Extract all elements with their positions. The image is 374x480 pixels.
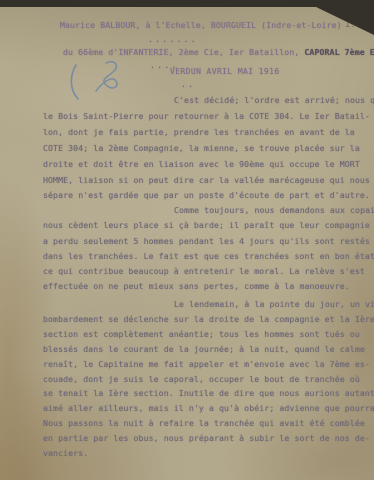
typewritten-line: effectuée on ne peut mieux sans pertes, … [43,279,369,294]
typewritten-line: se tenait la Ière section. Inutile de di… [43,386,369,401]
typewritten-line: le Bois Saint-Pierre pour retourner à la… [43,109,369,125]
typewritten-line: en partie par les obus, nous préparant à… [43,431,369,446]
typewritten-line: lon, dont je fais partie, prendre les tr… [43,125,369,141]
typewritten-line: dans les tranchées. Le fait est que ces … [43,249,369,264]
typewritten-line: sépare n'est gardée que par un poste d'é… [43,188,369,204]
typewritten-line: Le lendemain, à la pointe du jour, un vi… [43,297,369,312]
typewritten-line: Comme toujours, nous demandons aux copai… [43,203,369,218]
scanned-page: Maurice BALBOUR, à l'Echelle, BOURGUEIL … [0,7,374,480]
header-rank-text: CAPORAL 7ème Escouade [304,47,374,57]
typewritten-line: blessés dans le courant de la journée; à… [43,342,369,357]
typewritten-line: droite et doit être en liaison avec le 9… [43,157,369,173]
paragraph-2: Comme toujours, nous demandons aux copai… [43,203,369,295]
typewritten-line: C'est décidé; l'ordre est arrivé; nous q… [43,93,369,109]
typewritten-line: Nous passons la nuit à refaire la tranch… [43,416,369,431]
typewritten-line: renaît, le Capitaine me fait appeler et … [43,357,369,372]
header-separator-dots-3: .. [181,79,195,89]
header-separator-dots-1: ....... [148,34,198,44]
typewritten-line: aimé aller ailleurs, mais il n'y a qu'à … [43,401,369,416]
header-author-line: Maurice BALBOUR, à l'Echelle, BOURGUEIL … [60,20,342,30]
page-number: I. [345,20,356,30]
typewritten-line: couade, dont je suis le caporal, occuper… [43,372,369,387]
typewritten-line: HOMME, liaison si on peut dire car la va… [43,173,369,189]
paragraph-1: C'est décidé; l'ordre est arrivé; nous q… [43,93,369,204]
typewritten-line: section est complètement anéantie; tous … [43,327,369,342]
typewritten-line: a perdu seulement 5 hommes pendant les 4… [43,234,369,249]
typewritten-line: ce qui contribue beaucoup à entretenir l… [43,264,369,279]
typewritten-line: nous cèdent leurs place si çà barde; il … [43,218,369,233]
typewritten-line: COTE 304; la 2ème Compagnie, la mienne, … [43,141,369,157]
typewritten-line: vanciers. [43,446,369,461]
paragraph-3: Le lendemain, à la pointe du jour, un vi… [43,297,369,461]
typewritten-line: bombardement se déclenche sur la droite … [43,312,369,327]
document-title: VERDUN AVRIL MAI 1916 [170,67,280,76]
